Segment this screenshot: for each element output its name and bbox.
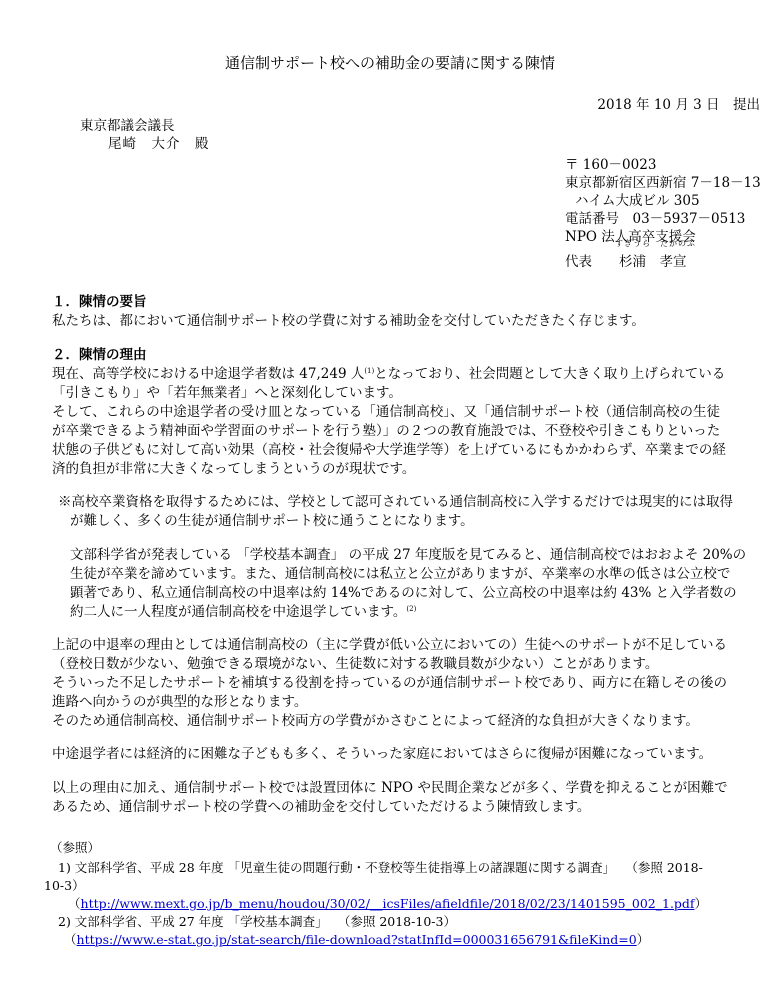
text: 現在、高等学校における中途退学者数は 47,249 人	[52, 366, 364, 382]
sender-phone: 電話番号 03－5937－0513	[565, 207, 745, 227]
reference-1-line-1: 1) 文部科学省、平成 28 年度 「児童生徒の問題行動・不登校等生徒指導上の諸…	[58, 858, 703, 876]
paren: （	[68, 896, 81, 911]
reason-paragraph-2-line-3: 状態の子供どもに対して高い効果（高校・社会復帰や大学進学等）を上げているにもかか…	[52, 438, 726, 458]
footnote-ref-1: (1)	[364, 367, 374, 375]
reason-paragraph-6-line-2: あるため、通信制サポート校の学費への補助金を交付していただけるよう陳情致します。	[52, 795, 590, 815]
submission-date: 2018 年 10 月 3 日 提出	[597, 93, 760, 113]
sender-representative: 代表 杉浦 孝宣	[565, 250, 687, 270]
paren: ）	[695, 896, 708, 911]
reference-1-link[interactable]: http://www.mext.go.jp/b_menu/houdou/30/0…	[81, 896, 695, 911]
reason-paragraph-2-line-4: 済的負担が非常に大きくなってしまうというのが現状です。	[52, 457, 415, 477]
reason-paragraph-1-line-1: 現在、高等学校における中途退学者数は 47,249 人(1)となっており、社会問…	[52, 362, 725, 382]
reason-paragraph-4-line-1: 上記の中退率の理由としては通信制高校の（主に学費が低い公立においての）生徒へのサ…	[52, 633, 727, 653]
representative-ruby: すぎうら たかのぶ	[615, 238, 696, 249]
footnote-ref-2: (2)	[406, 605, 416, 613]
reason-paragraph-4-line-3: そういった不足したサポートを補填する役割を持っているのが通信制サポート校であり、…	[52, 671, 727, 691]
reason-paragraph-4-line-4: 進路へ向かうのが典型的な形となります。	[52, 690, 307, 710]
section-1-body: 私たちは、都において通信制サポート校の学費に対する補助金を交付していただきたく存…	[52, 309, 645, 329]
reference-1-url-line: （http://www.mext.go.jp/b_menu/houdou/30/…	[68, 894, 707, 912]
addressee-name: 尾崎 大介 殿	[108, 132, 210, 152]
reason-paragraph-4-line-2: （登校日数が少ない、勉強できる環境がない、生徒数に対する教職員数が少ない）ことが…	[52, 652, 658, 672]
reference-2-line-1: 2) 文部科学省、平成 27 年度 「学校基本調査」 （参照 2018-10-3…	[58, 912, 456, 930]
reason-paragraph-3-line-4: 約二人に一人程度が通信制高校を中途退学しています。(2)	[70, 600, 416, 620]
sender-postal: 〒 160－0023	[565, 153, 656, 173]
reason-paragraph-3-line-2: 生徒が卒業を諦めています。また、通信制高校には私立と公立がありますが、卒業率の水…	[70, 562, 730, 582]
reason-paragraph-4-line-5: そのため通信制高校、通信制サポート校両方の学費がかさむことによって経済的な負担が…	[52, 709, 699, 729]
reason-paragraph-2-line-1: そして、これらの中途退学者の受け皿となっている「通信制高校」、又「通信制サポート…	[52, 400, 720, 420]
text: 約二人に一人程度が通信制高校を中途退学しています。	[70, 604, 406, 620]
reason-paragraph-3-line-3: 顕著であり、私立通信制高校の中退率は約 14%であるのに対して、公立高校の中退率…	[70, 581, 737, 601]
reference-2-url-line: （https://www.e-stat.go.jp/stat-search/fi…	[64, 930, 649, 948]
reason-paragraph-1-line-2: 「引きこもり」や「若年無業者」へと深刻化しています。	[52, 381, 402, 401]
sender-address-1: 東京都新宿区西新宿 7－18－13	[565, 171, 761, 191]
reason-paragraph-5: 中途退学者には経済的に困難な子どもも多く、そういった家庭においてはさらに復帰が困…	[52, 742, 712, 762]
sender-address-2: ハイム大成ビル 305	[575, 189, 700, 209]
paren: ）	[637, 932, 650, 947]
reference-2-link[interactable]: https://www.e-stat.go.jp/stat-search/fil…	[77, 932, 637, 947]
paren: （	[64, 932, 77, 947]
references-heading: （参照）	[50, 838, 100, 856]
reason-paragraph-6-line-1: 以上の理由に加え、通信制サポート校では設置団体に NPO や民間企業などが多く、…	[52, 776, 728, 796]
text: となっており、社会問題として大きく取り上げられている	[374, 366, 725, 382]
section-2-heading: ２．陳情の理由	[52, 343, 147, 363]
note-line-2: が難しく、多くの生徒が通信制サポート校に通うことになります。	[70, 509, 474, 529]
document-title: 通信制サポート校への補助金の要請に関する陳情	[0, 52, 780, 73]
reason-paragraph-3-line-1: 文部科学省が発表している 「学校基本調査」 の平成 27 年度版を見てみると、通…	[70, 543, 746, 563]
addressee-title: 東京都議会議長	[80, 114, 175, 134]
reference-1-line-2: 10-3）	[44, 876, 85, 894]
section-1-heading: １．陳情の要旨	[52, 290, 147, 310]
note-line-1: ※高校卒業資格を取得するためには、学校として認可されている通信制高校に入学するだ…	[58, 490, 733, 510]
reason-paragraph-2-line-2: が卒業できるよう精神面や学習面のサポートを行う塾）」の２つの教育施設では、不登校…	[52, 419, 720, 439]
